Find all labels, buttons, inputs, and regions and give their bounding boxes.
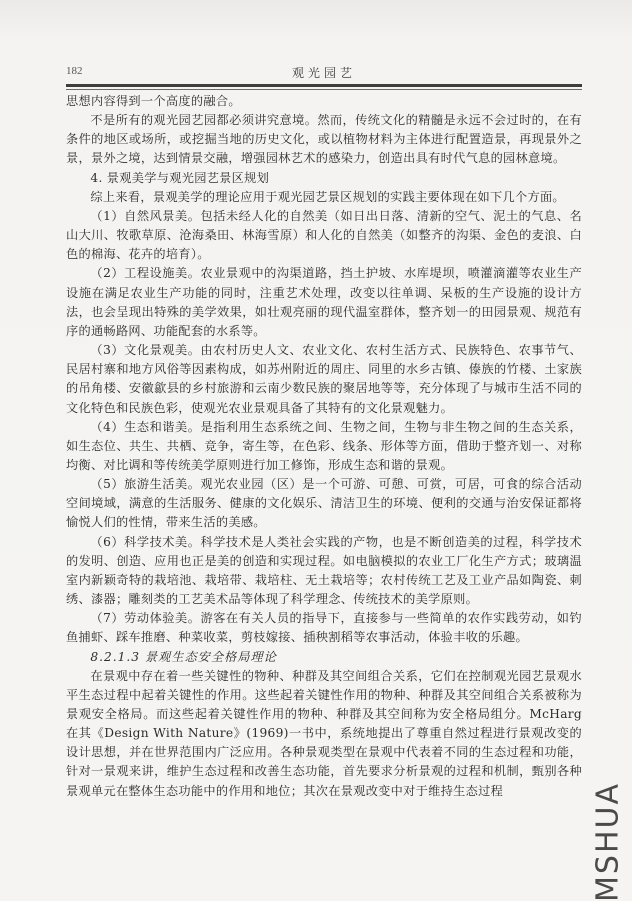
paragraph-natural-beauty: （1）自然风景美。包括未经人化的自然美（如日出日落、清新的空气、泥土的气息、名山… — [66, 207, 582, 264]
paragraph: 综上来看，景观美学的理论应用于观光园艺景区规划的实践主要体现在如下几个方面。 — [66, 188, 582, 207]
body-text: 思想内容得到一个高度的融合。 不是所有的观光园艺园都必须讲究意境。然而，传统文化… — [66, 92, 582, 801]
header-rule-thin — [66, 89, 582, 90]
paragraph-tourism-beauty: （5）旅游生活美。观光农业园（区）是一个可游、可憩、可赏，可居，可食的综合活动空… — [66, 475, 582, 532]
section-heading: 4. 景观美学与观光园艺景区规划 — [66, 169, 582, 188]
paragraph-labor-beauty: （7）劳动体验美。游客在有关人员的指导下，直接参与一些简单的农作实践劳动，如钓鱼… — [66, 609, 582, 647]
continuation-paragraph: 思想内容得到一个高度的融合。 — [66, 92, 582, 111]
page-header: 182 观光园艺 — [66, 65, 582, 85]
running-title: 观光园艺 — [66, 64, 582, 81]
watermark-text: MSHUA — [591, 782, 626, 901]
document-page: 182 观光园艺 思想内容得到一个高度的融合。 不是所有的观光园艺园都必须讲究意… — [0, 0, 632, 901]
watermark: MSHUA — [588, 786, 628, 898]
header-rule-thick — [66, 84, 582, 87]
paragraph-engineering-beauty: （2）工程设施美。农业景观中的沟渠道路，挡土护坡、水库堤坝，喷灌滴灌等农业生产设… — [66, 264, 582, 341]
paragraph-technology-beauty: （6）科学技术美。科学技术是人类社会实践的产物，也是不断创造美的过程，科学技术的… — [66, 533, 582, 610]
paragraph-ecological-beauty: （4）生态和谐美。是指利用生态系统之间、生物之间，生物与非生物之间的生态关系，如… — [66, 418, 582, 475]
subsection-heading: 8.2.1.3 景观生态安全格局理论 — [66, 648, 582, 667]
paragraph-security-pattern: 在景观中存在着一些关键性的物种、种群及其空间组合关系，它们在控制观光园艺景观水平… — [66, 667, 582, 801]
paragraph-cultural-beauty: （3）文化景观美。由农村历史人文、农业文化、农村生活方式、民族特色、农事节气、民… — [66, 341, 582, 418]
paragraph: 不是所有的观光园艺园都必须讲究意境。然而，传统文化的精髓是永远不会过时的，在有条… — [66, 111, 582, 168]
